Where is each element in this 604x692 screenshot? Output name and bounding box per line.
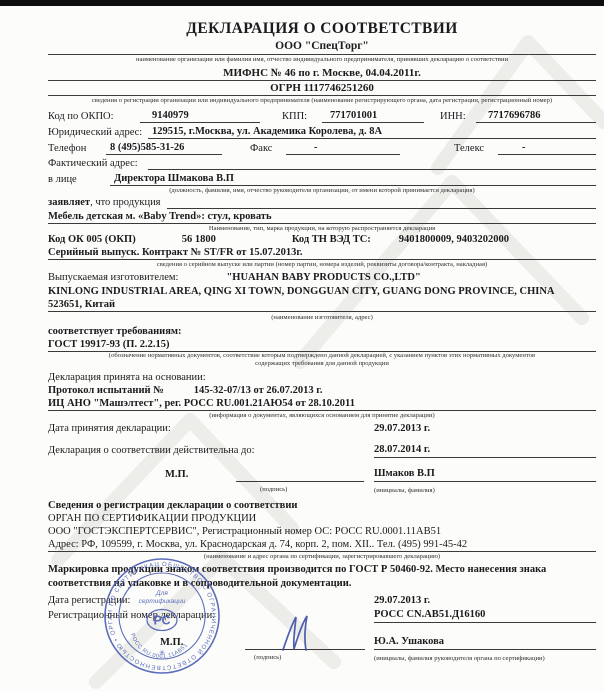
ogrn-number: ОГРН 1117746251260 (48, 82, 596, 96)
certification-round-stamp: ОБЩЕСТВО С ОГРАНИЧЕННОЙ ОТВЕТСТВЕННОСТЬЮ… (100, 554, 224, 678)
certification-body-line2: ООО "ГОСТЭКСПЕРТСЕРВИС", Регистрационный… (48, 525, 596, 538)
handwritten-signature (279, 614, 325, 654)
registry-caption: сведения о регистрации организации или и… (48, 96, 596, 105)
person-row: в лице Директора Шмакова В.П (48, 172, 596, 186)
registration-section-title: Сведения о регистрации декларации о соот… (48, 499, 596, 512)
certification-body-line1: ОРГАН ПО СЕРТИФИКАЦИИ ПРОДУКЦИИ (48, 512, 596, 525)
registry-authority: МИФНС № 46 по г. Москве, 04.04.2011г. (48, 67, 596, 81)
product-codes-row: Код ОК 005 (ОКП) 56 1800 Код ТН ВЭД ТС: … (48, 233, 596, 246)
stamp-center-line1: Для (155, 590, 168, 597)
valid-until-value: 28.07.2014 г. (374, 443, 596, 458)
codes-row: Код по ОКПО: 9140979 КПП: 771701001 ИНН:… (48, 109, 596, 123)
lab-reference: ИЦ АНО "Машэлтест", рег. РОСС RU.001.21А… (48, 397, 596, 411)
okp-label: Код ОК 005 (ОКП) (48, 233, 136, 246)
protocol-row: Протокол испытаний № 145-32-07/13 от 26.… (48, 384, 596, 397)
signature2-line (245, 637, 365, 650)
signature1-sig-caption: (подпись) (260, 486, 287, 493)
telex-value: - (498, 141, 596, 155)
meets-requirements-label: соответствует требованиям: (48, 325, 596, 338)
protocol-value: 145-32-07/13 от 26.07.2013 г. (194, 384, 323, 397)
product-name: Мебель детская м. «Baby Trend»: стул, кр… (48, 210, 596, 224)
basis-caption: (информация о документах, являющихся осн… (48, 411, 596, 420)
phone-value: 8 (495)585-31-26 (106, 141, 222, 155)
legal-address-label: Юридический адрес: (48, 126, 148, 139)
basis-label: Декларация принята на основании: (48, 371, 596, 384)
inn-label: ИНН: (440, 110, 476, 123)
stamp-star: ✳ (159, 649, 165, 657)
declaration-of-conformity-scan: ДЕКЛАРАЦИЯ О СООТВЕТСТВИИ ООО "СпецТорг"… (0, 0, 604, 692)
phone-label: Телефон (48, 142, 106, 155)
tnved-label: Код ТН ВЭД ТС: (292, 233, 371, 246)
standard-reference: ГОСТ 19917-93 (П. 2.2.15) (48, 338, 596, 352)
actual-address-row: Фактический адрес: (48, 157, 596, 170)
kpp-label: КПП: (282, 110, 322, 123)
manufacturer-name: "HUAHAN BABY PRODUCTS CO.,LTD" (226, 271, 420, 284)
signature2-sig-caption: (подпись) (254, 654, 281, 661)
person-label: в лице (48, 173, 110, 186)
kpp-value: 771701001 (322, 109, 424, 123)
declares-bold: заявляет (48, 196, 90, 209)
signature1-mp: М.П. (165, 468, 188, 482)
actual-address-label: Фактический адрес: (48, 157, 148, 170)
manufacturer-row: Выпускаемая изготовителем: "HUAHAN BABY … (48, 271, 596, 284)
declares-blank-line (167, 196, 596, 209)
document-title: ДЕКЛАРАЦИЯ О СООТВЕТСТВИИ (48, 20, 596, 38)
signature1-captions: (подпись) (инициалы, фамилия) (48, 482, 596, 495)
signature1-name-caption: (инициалы, фамилия) (374, 486, 596, 495)
legal-address-row: Юридический адрес: 129515, г.Москва, ул.… (48, 125, 596, 139)
okpo-label: Код по ОКПО: (48, 110, 140, 123)
registration-date-value: 29.07.2013 г. (374, 594, 596, 608)
manufacturer-address-line2: 523651, Китай (48, 298, 596, 312)
person-value: Директора Шмакова В.П (110, 172, 596, 186)
declarant-company: ООО "СпецТорг" (48, 40, 596, 55)
acceptance-date-value: 29.07.2013 г. (374, 422, 596, 436)
okp-value: 56 1800 (182, 233, 216, 246)
serial-caption: сведения о серийном выпуске или партии (… (48, 260, 596, 269)
manufacturer-caption: (наименование изготовителя, адрес) (48, 314, 596, 322)
signature2-name-caption: (инициалы, фамилия руководителя органа п… (374, 654, 596, 663)
declares-row: заявляет , что продукция (48, 196, 596, 209)
fax-value: - (286, 141, 400, 155)
person-caption: (должность, фамилия, имя, отчество руков… (48, 186, 596, 195)
serial-release: Серийный выпуск. Контракт № ST/FR от 15.… (48, 246, 596, 260)
signature1-left: М.П. (48, 468, 374, 482)
acceptance-date-row: Дата принятия декларации: 29.07.2013 г. (48, 422, 596, 436)
signature1-caption-left: (подпись) (48, 482, 374, 495)
inn-value: 7717696786 (476, 109, 596, 123)
manufacturer-address-line1: KINLONG INDUSTRIAL AREA, QING XI TOWN, D… (48, 285, 596, 298)
registration-number-value: РОСС CN.АВ51.Д16160 (374, 608, 596, 623)
stamp-emblem-letters: РС (153, 614, 170, 628)
fax-label: Факс (250, 142, 286, 155)
actual-address-blank-line (148, 157, 596, 170)
acceptance-date-label: Дата принятия декларации: (48, 422, 374, 436)
tnved-value: 9401800009, 9403202000 (399, 233, 509, 246)
legal-address-value: 129515, г.Москва, ул. Академика Королева… (148, 125, 596, 139)
stamp-center-line2: сертификации (139, 598, 186, 605)
product-name-caption: Наименование, тип, марка продукции, на к… (48, 224, 596, 233)
standard-caption-line2: содержащих требования для данной продукц… (48, 360, 596, 368)
manufacturer-label: Выпускаемая изготовителем: (48, 271, 178, 284)
valid-until-label: Декларация о соответствии действительна … (48, 444, 374, 458)
phone-row: Телефон 8 (495)585-31-26 Факс - Телекс - (48, 141, 596, 155)
okpo-value: 9140979 (140, 109, 260, 123)
telex-label: Телекс (454, 142, 498, 155)
signature1-line (236, 469, 364, 482)
standard-caption-line1: (обозначение нормативных документов, соо… (48, 352, 596, 360)
certification-body-line3: Адрес: РФ, 109599, г. Москва, ул. Красно… (48, 538, 596, 552)
valid-until-row: Декларация о соответствии действительна … (48, 443, 596, 458)
signature1-row: М.П. Шмаков В.П (48, 467, 596, 482)
signature2-name: Ю.А. Ушакова (374, 635, 596, 650)
company-caption: наименование организации или фамилия имя… (48, 55, 596, 64)
protocol-label: Протокол испытаний № (48, 384, 164, 397)
declares-rest: , что продукция (90, 196, 160, 209)
signature1-name: Шмаков В.П (374, 467, 596, 482)
